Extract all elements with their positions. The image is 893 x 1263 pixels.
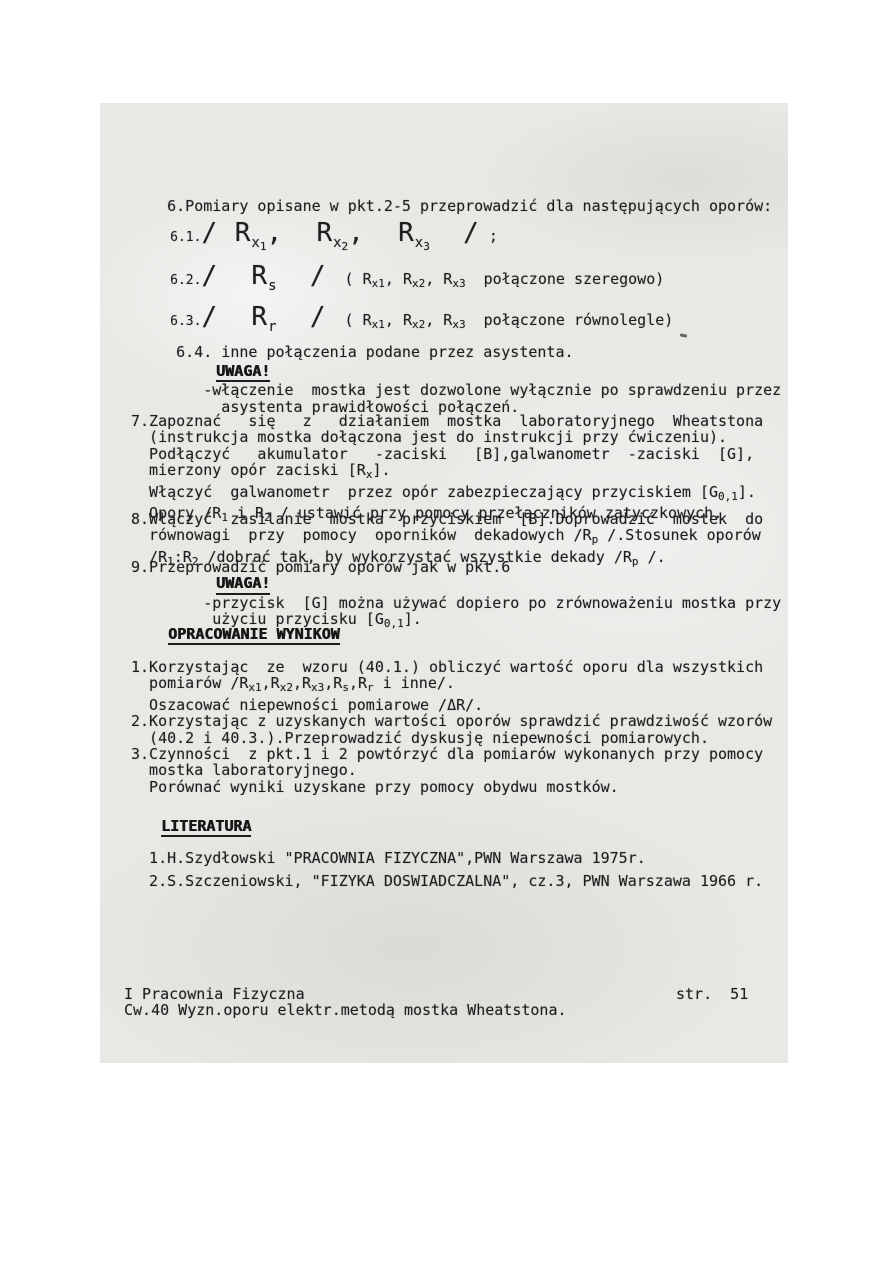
text-line: mierzony opór zaciski [Rx]. <box>131 462 763 483</box>
text-segment: / <box>201 218 234 248</box>
text-segment: R <box>251 261 268 291</box>
uwaga-1-body: -włączenie mostka jest dozwolone wyłączn… <box>131 382 781 415</box>
paper-sheet: 6.Pomiary opisane w pkt.2-5 przeprowadzi… <box>100 103 788 1063</box>
text-segment: / <box>201 261 251 291</box>
formula-6-3: 6.3./ Rr / ( Rx1, Rx2, Rx3 połączone rów… <box>131 299 673 345</box>
subscript: x1 <box>372 318 385 331</box>
text-segment: ,R <box>349 674 367 692</box>
text-segment: / <box>201 302 251 332</box>
text-segment: ( R <box>326 270 371 288</box>
item-9: 9.Przeprowadzić pomiary oporów jak w pkt… <box>131 559 781 633</box>
literature-ref-1: 1.H.Szydłowski "PRACOWNIA FIZYCZNA",PWN … <box>131 850 646 866</box>
text-line: równowagi przy pomocy oporników dekadowy… <box>131 527 763 548</box>
text-segment: (instrukcja mostka dołączona jest do ins… <box>131 428 727 446</box>
subscript: s <box>268 278 276 294</box>
uwaga-heading-row: UWAGA! <box>131 363 781 382</box>
subscript: x2 <box>412 318 425 331</box>
text-segment: równowagi przy pomocy oporników dekadowy… <box>131 526 592 544</box>
text-segment: / <box>277 261 327 291</box>
text-segment: 6.3. <box>131 314 201 329</box>
subscript: x3 <box>452 277 465 290</box>
text-line: 3.Czynności z pkt.1 i 2 powtórzyć dla po… <box>131 746 772 762</box>
text-line: -przycisk [G] można używać dopiero po zr… <box>131 595 781 611</box>
text-segment: -włączenie mostka jest dozwolone wyłączn… <box>131 381 781 399</box>
page-number: str. 51 <box>676 986 748 1002</box>
subscript: x <box>251 235 259 251</box>
text-segment: ; <box>480 227 498 245</box>
text-line: Oszacować niepewności pomiarowe /ΔR/. <box>131 697 772 713</box>
text-segment: / <box>430 218 480 248</box>
text-segment: R <box>398 218 415 248</box>
text-segment: (40.2 i 40.3.).Przeprowadzić dyskusję ni… <box>131 729 709 747</box>
subscript: x1 <box>372 277 385 290</box>
text-segment: mierzony opór zaciski [R <box>131 461 366 479</box>
text-segment: -przycisk [G] można używać dopiero po zr… <box>131 594 781 612</box>
text-segment: ,R <box>324 674 342 692</box>
subscript: x3 <box>452 318 465 331</box>
text-line: Porównać wyniki uzyskane przy pomocy oby… <box>131 779 772 795</box>
text-line: (40.2 i 40.3.).Przeprowadzić dyskusję ni… <box>131 730 772 746</box>
uwaga-note-1: UWAGA! -włączenie mostka jest dozwolone … <box>131 363 781 415</box>
literature-heading-row: LITERATURA <box>131 818 251 837</box>
text-segment: ]. <box>738 483 756 501</box>
text-segment: Porównać wyniki uzyskane przy pomocy oby… <box>131 778 619 796</box>
text-segment: pomiarów /R <box>131 674 248 692</box>
text-segment: Włączyć galwanometr przez opór zabezpiec… <box>131 483 718 501</box>
item-6-4: 6.4. inne połączenia podane przez asyste… <box>131 344 574 360</box>
text-segment: , R <box>385 311 412 329</box>
item-6-intro: 6.Pomiary opisane w pkt.2-5 przeprowadzi… <box>131 198 772 214</box>
text-segment: 3.Czynności z pkt.1 i 2 powtórzyć dla po… <box>131 745 763 763</box>
text-line: 2.Korzystając z uzyskanych wartości opor… <box>131 713 772 729</box>
footer-exercise-title: Cw.40 Wyzn.oporu elektr.metodą mostka Wh… <box>124 1002 567 1018</box>
results-section-body: 1.Korzystając ze wzoru (40.1.) obliczyć … <box>131 659 772 795</box>
text-segment: ,R <box>262 674 280 692</box>
results-heading-row: OPRACOWANIE WYNIKOW <box>131 626 340 645</box>
text-segment: /.Stosunek oporów <box>598 526 761 544</box>
text-line: 1.Korzystając ze wzoru (40.1.) obliczyć … <box>131 659 772 675</box>
subscript: x1 <box>248 681 261 694</box>
subscript: x2 <box>412 277 425 290</box>
text-segment: , R <box>425 270 452 288</box>
footer-lab-name: I Pracownia Fizyczna <box>124 986 567 1002</box>
subscript: x <box>333 235 341 251</box>
item-9-line: 9.Przeprowadzić pomiary oporów jak w pkt… <box>131 559 781 575</box>
text-segment: 2.Korzystając z uzyskanych wartości opor… <box>131 712 772 730</box>
text-segment: połączone równolegle) <box>466 311 674 329</box>
subscript: s <box>342 681 349 694</box>
subscript: x2 <box>280 681 293 694</box>
results-section-heading: OPRACOWANIE WYNIKOW <box>168 626 340 645</box>
stray-ink-mark <box>680 333 687 337</box>
text-segment: i inne/. <box>374 674 455 692</box>
text-segment: mostka laboratoryjnego. <box>131 761 357 779</box>
text-line: pomiarów /Rx1,Rx2,Rx3,Rs,Rr i inne/. <box>131 675 772 696</box>
literature-ref-2: 2.S.Szczeniowski, "FIZYKA DOSWIADCZALNA"… <box>131 873 763 889</box>
text-line: -włączenie mostka jest dozwolone wyłączn… <box>131 382 781 398</box>
text-line: 7.Zapoznać się z działaniem mostka labor… <box>131 413 763 429</box>
text-segment: , R <box>425 311 452 329</box>
subscript: r <box>367 681 374 694</box>
text-segment: połączone szeregowo) <box>466 270 665 288</box>
text-segment: R <box>251 302 268 332</box>
text-segment: ]. <box>372 461 390 479</box>
subscript: x <box>415 235 423 251</box>
text-segment: ]. <box>404 610 422 628</box>
text-line: mostka laboratoryjnego. <box>131 762 772 778</box>
subscript: 0,1 <box>384 617 404 630</box>
subscript: 3 <box>423 240 430 253</box>
uwaga-2-heading: UWAGA! <box>216 575 270 594</box>
subscript: 0,1 <box>718 490 738 503</box>
text-segment: , <box>348 218 398 248</box>
text-segment: R <box>235 218 252 248</box>
text-segment: R <box>316 218 333 248</box>
text-line: 8.Włączyć zasilanie mostka przyciskiem [… <box>131 511 763 527</box>
text-segment: / <box>277 302 327 332</box>
text-segment: , R <box>385 270 412 288</box>
text-segment: ,R <box>293 674 311 692</box>
text-line: Włączyć galwanometr przez opór zabezpiec… <box>131 484 763 505</box>
text-line: Podłączyć akumulator -zaciski [B],galwan… <box>131 446 763 462</box>
text-segment: 6.2. <box>131 273 201 288</box>
uwaga-1-heading: UWAGA! <box>216 363 270 382</box>
subscript: r <box>268 319 276 335</box>
text-line: 6.2./ Rs / ( Rx1, Rx2, Rx3 połączone sze… <box>131 258 664 304</box>
uwaga-heading-row: UWAGA! <box>131 575 781 594</box>
literature-section-heading: LITERATURA <box>161 818 251 837</box>
text-segment: ( R <box>326 311 371 329</box>
text-line: (instrukcja mostka dołączona jest do ins… <box>131 429 763 445</box>
subscript: x3 <box>311 681 324 694</box>
text-segment: 6.1. <box>131 230 201 245</box>
page-footer: I Pracownia Fizyczna Cw.40 Wyzn.oporu el… <box>124 986 567 1019</box>
text-segment: , <box>266 218 316 248</box>
text-line: 6.3./ Rr / ( Rx1, Rx2, Rx3 połączone rów… <box>131 299 673 345</box>
formula-6-2: 6.2./ Rs / ( Rx1, Rx2, Rx3 połączone sze… <box>131 258 664 304</box>
